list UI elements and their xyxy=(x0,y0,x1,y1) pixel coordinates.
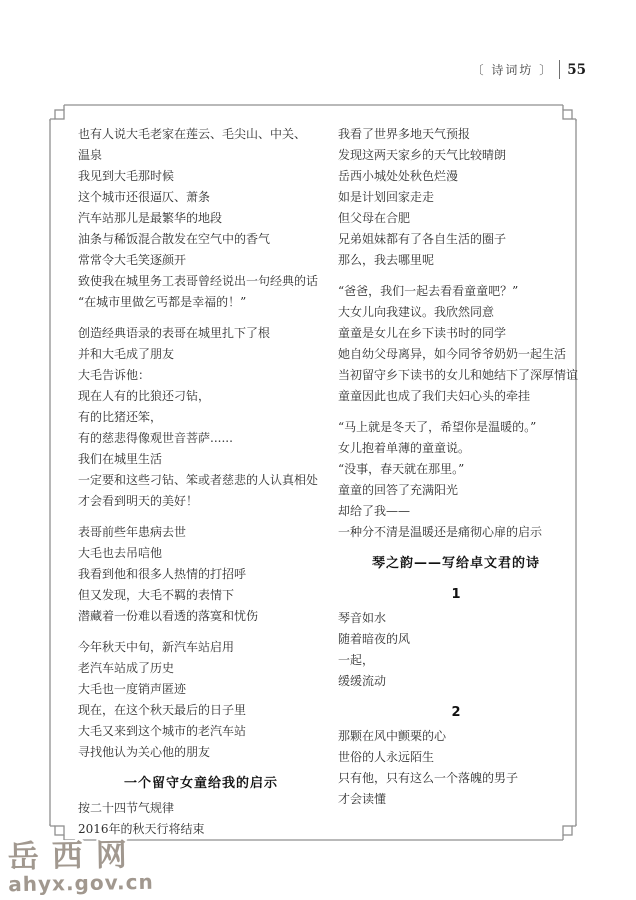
poem-line: 世俗的人永远陌生 xyxy=(338,747,574,768)
poem-line: 也有人说大毛老家在莲云、毛尖山、中关、 xyxy=(78,124,324,145)
poem-line: 大毛又来到这个城市的老汽车站 xyxy=(78,721,324,742)
poem-line: 女儿抱着单薄的童童说。 xyxy=(338,438,574,459)
poem-line: 表哥前些年患病去世 xyxy=(78,522,324,543)
poem-line: 潜藏着一份难以看透的落寞和忧伤 xyxy=(78,606,324,627)
poem-line: 一起， xyxy=(338,650,574,671)
poem-column-right: 我看了世界多地天气预报发现这两天家乡的天气比较晴朗岳西小城处处秋色烂漫如是计划回… xyxy=(338,124,574,820)
poem-stanza: 表哥前些年患病去世大毛也去吊唁他我看到他和很多人热情的打招呼但又发现，大毛不羁的… xyxy=(78,522,324,627)
poem-stanza: 创造经典语录的表哥在城里扎下了根并和大毛成了朋友大毛告诉他：现在人有的比狼还刁钻… xyxy=(78,323,324,512)
poem-line: 常常令大毛笑逐颜开 xyxy=(78,250,324,271)
poem-line: 我见到大毛那时候 xyxy=(78,166,324,187)
poem-line: 岳西小城处处秋色烂漫 xyxy=(338,166,574,187)
poem-stanza: “马上就是冬天了，希望你是温暖的。”女儿抱着单薄的童童说。“没事，春天就在那里。… xyxy=(338,417,574,543)
poem-line: 创造经典语录的表哥在城里扎下了根 xyxy=(78,323,324,344)
poem-line: 有的慈悲得像观世音菩萨...... xyxy=(78,428,324,449)
poem-line: 按二十四节气规律 xyxy=(78,798,324,819)
frame-corner-square-bl xyxy=(55,826,64,835)
poem-line: 温泉 xyxy=(78,145,324,166)
poem-line: 童童的回答了充满阳光 xyxy=(338,480,574,501)
poem-line: 一定要和这些刁钻、笨或者慈悲的人认真相处 xyxy=(78,470,324,491)
poem-line: 只有他，只有这么一个落魄的男子 xyxy=(338,768,574,789)
poem-line: 随着暗夜的风 xyxy=(338,629,574,650)
poem-line: 当初留守乡下读书的女儿和她结下了深厚情谊 xyxy=(338,365,574,386)
poem-line: “在城市里做乞丐都是幸福的！” xyxy=(78,292,324,313)
poem-stanza: 琴音如水随着暗夜的风一起，缓缓流动 xyxy=(338,608,574,692)
magazine-page: 〔 诗词坊 〕 55 xyxy=(0,0,636,900)
poem-line: 大毛也去吊唁他 xyxy=(78,543,324,564)
poem-stanza: 也有人说大毛老家在莲云、毛尖山、中关、温泉我见到大毛那时候这个城市还很逼仄、萧条… xyxy=(78,124,324,313)
poem-line: 寻找他认为关心他的朋友 xyxy=(78,742,324,763)
poem-line: 但父母在合肥 xyxy=(338,208,574,229)
poem-line: 大毛告诉他： xyxy=(78,365,324,386)
poem-line: 兄弟姐妹都有了各自生活的圈子 xyxy=(338,229,574,250)
watermark: 岳西网 ahyx.gov.cn xyxy=(8,839,154,896)
frame-corner-square-br xyxy=(563,826,572,835)
poem-line: 童童是女儿在乡下读书时的同学 xyxy=(338,323,574,344)
poem-line: 如是计划回家走走 xyxy=(338,187,574,208)
poem-line: 她自幼父母离异，如今同爷爷奶奶一起生活 xyxy=(338,344,574,365)
poem-line: 我看了世界多地天气预报 xyxy=(338,124,574,145)
poem-line: 才会读懂 xyxy=(338,789,574,810)
poem-line: 今年秋天中旬，新汽车站启用 xyxy=(78,637,324,658)
poem-line: “没事，春天就在那里。” xyxy=(338,459,574,480)
poem-line: 现在，在这个秋天最后的日子里 xyxy=(78,700,324,721)
poem-line: 有的比猪还笨， xyxy=(78,407,324,428)
poem-line: 这个城市还很逼仄、萧条 xyxy=(78,187,324,208)
stanza-number: 2 xyxy=(338,702,574,723)
poem-stanza: 今年秋天中旬，新汽车站启用老汽车站成了历史大毛也一度销声匿迹现在，在这个秋天最后… xyxy=(78,637,324,763)
poem-line: 致使我在城里务工表哥曾经说出一句经典的话 xyxy=(78,271,324,292)
poem-stanza: 那颗在风中颤栗的心世俗的人永远陌生只有他，只有这么一个落魄的男子才会读懂 xyxy=(338,726,574,810)
poem-line: 那颗在风中颤栗的心 xyxy=(338,726,574,747)
frame-corner-square-tr xyxy=(563,110,572,119)
poem-line: 大毛也一度销声匿迹 xyxy=(78,679,324,700)
poem-line: 油条与稀饭混合散发在空气中的香气 xyxy=(78,229,324,250)
poem-line: 一种分不清是温暖还是痛彻心扉的启示 xyxy=(338,522,574,543)
poem-line: 我看到他和很多人热情的打招呼 xyxy=(78,564,324,585)
poem-line: 汽车站那儿是最繁华的地段 xyxy=(78,208,324,229)
poem-title: 一个留守女童给我的启示 xyxy=(78,773,324,794)
poem-line: 童童因此也成了我们夫妇心头的牵挂 xyxy=(338,386,574,407)
poem-line: 但又发现，大毛不羁的表情下 xyxy=(78,585,324,606)
poem-line: 却给了我—— xyxy=(338,501,574,522)
poem-line: 并和大毛成了朋友 xyxy=(78,344,324,365)
poem-line: 琴音如水 xyxy=(338,608,574,629)
poem-line: 才会看到明天的美好！ xyxy=(78,491,324,512)
poem-line: 缓缓流动 xyxy=(338,671,574,692)
watermark-site-url: ahyx.gov.cn xyxy=(8,871,154,896)
poem-line: 发现这两天家乡的天气比较晴朗 xyxy=(338,145,574,166)
poem-title: 琴之韵——写给卓文君的诗 xyxy=(338,553,574,574)
poem-line: 现在人有的比狼还刁钻， xyxy=(78,386,324,407)
watermark-site-name: 岳西网 xyxy=(8,839,154,874)
poem-line: 我们在城里生活 xyxy=(78,449,324,470)
frame-corner-square-tl xyxy=(55,110,64,119)
stanza-number: 1 xyxy=(338,584,574,605)
poem-line: 大女儿向我建议。我欣然同意 xyxy=(338,302,574,323)
poem-stanza: “爸爸，我们一起去看看童童吧？”大女儿向我建议。我欣然同意童童是女儿在乡下读书时… xyxy=(338,281,574,407)
poem-line: 老汽车站成了历史 xyxy=(78,658,324,679)
poem-column-left: 也有人说大毛老家在莲云、毛尖山、中关、温泉我见到大毛那时候这个城市还很逼仄、萧条… xyxy=(78,124,324,850)
poem-line: “马上就是冬天了，希望你是温暖的。” xyxy=(338,417,574,438)
poem-line: “爸爸，我们一起去看看童童吧？” xyxy=(338,281,574,302)
poem-stanza: 我看了世界多地天气预报发现这两天家乡的天气比较晴朗岳西小城处处秋色烂漫如是计划回… xyxy=(338,124,574,271)
poem-line: 那么，我去哪里呢 xyxy=(338,250,574,271)
poem-stanza: 按二十四节气规律2016年的秋天行将结束 xyxy=(78,798,324,840)
